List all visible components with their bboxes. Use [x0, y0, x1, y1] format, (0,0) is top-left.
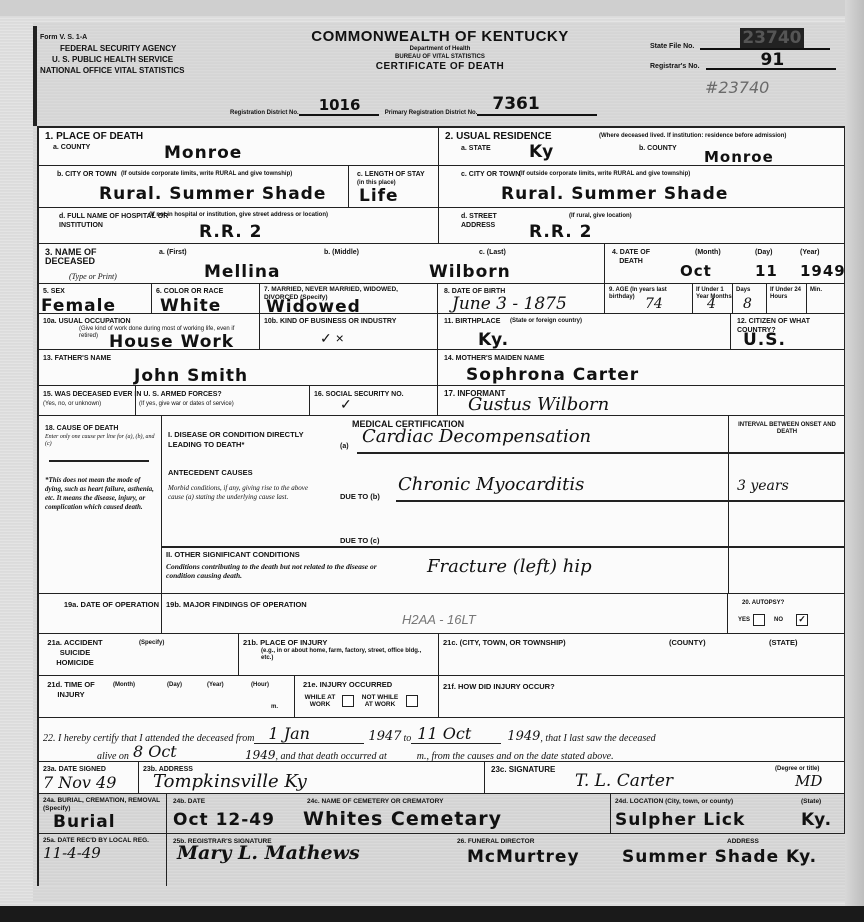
cemetery-value: Whites Cemetary: [303, 808, 502, 830]
field-label: 14. MOTHER'S MAIDEN NAME: [444, 354, 544, 363]
field-label: a. STATE: [461, 144, 491, 153]
degree-value: MD: [795, 772, 822, 790]
armed-forces: 15. WAS DECEASED EVER IN U. S. ARMED FOR…: [39, 386, 310, 416]
autopsy-yes-label: YES: [738, 617, 750, 623]
physician-signature: 23c. SIGNATURE (Degree or title) T. L. C…: [485, 762, 845, 794]
field-note: (If not in hospital or institution, give…: [149, 212, 328, 219]
agency-line-3: NATIONAL OFFICE VITAL STATISTICS: [40, 65, 184, 76]
field-value: Rural. Summer Shade: [501, 184, 728, 204]
field-value: 11: [755, 262, 778, 280]
line: [162, 546, 729, 548]
attended-from-value: 1 Jan: [254, 724, 364, 744]
cause-footnote: *This does not mean the mode of dying, s…: [45, 476, 157, 512]
medical-certification: MEDICAL CERTIFICATION I. DISEASE OR COND…: [162, 416, 729, 594]
field-label: (COUNTY): [669, 638, 706, 647]
cause-of-death-instructions: 18. CAUSE OF DEATH Enter only one cause …: [39, 416, 162, 594]
age-months: If Under 1 Year Months 4: [693, 284, 733, 314]
field-label: Days: [736, 287, 750, 294]
autopsy-yes-checkbox[interactable]: [753, 614, 765, 626]
certification-line-2: alive on 8 Oct 1949 , and that death occ…: [97, 742, 614, 762]
field-label: 21a. ACCIDENT SUICIDE HOMICIDE: [45, 638, 105, 668]
field-note: (If yes, give war or dates of service): [139, 401, 234, 408]
field-label: 24c. NAME OF CEMETERY OR CREMATORY: [307, 797, 443, 806]
divider: [49, 460, 149, 462]
field-value: White: [160, 296, 221, 314]
field-note: (If outside corporate limits, write RURA…: [121, 171, 292, 178]
injury-occurred-options: WHILE AT WORK NOT WHILE AT WORK: [301, 694, 418, 708]
state-file-value: 23740: [740, 28, 803, 48]
field-value: ✓ ×: [320, 330, 344, 347]
field-label: (State): [801, 797, 821, 806]
field-value: U.S.: [743, 330, 786, 350]
how-injury-occurred: 21f. HOW DID INJURY OCCUR?: [439, 676, 845, 718]
state-file-label: State File No.: [650, 43, 694, 50]
place-of-death-county: 1. PLACE OF DEATH a. COUNTY Monroe: [39, 128, 439, 166]
field-value: 74: [645, 296, 663, 312]
not-while-at-work-checkbox[interactable]: [406, 695, 418, 707]
field-note: Conditions contributing to the death but…: [166, 562, 396, 580]
field-note: (If outside corporate limits, write RURA…: [519, 171, 690, 178]
last-seen-alive-year: 1949: [245, 748, 276, 762]
birthplace: 11. BIRTHPLACE (State or foreign country…: [438, 314, 731, 350]
age-years: 9. AGE (In years last birthday) 74: [605, 284, 693, 314]
field-value: Widowed: [266, 297, 361, 314]
other-conditions-value: Fracture (left) hip: [427, 556, 592, 577]
field-label: 11. BIRTHPLACE: [444, 317, 500, 326]
primary-district-label: Primary Registration District No.: [385, 110, 478, 116]
field-label: 24d. LOCATION (City, town, or county): [615, 797, 733, 806]
burial-date-cemetery: 24b. DATE 24c. NAME OF CEMETERY OR CREMA…: [167, 794, 611, 834]
field-label: a. (First): [159, 248, 187, 257]
field-note: (If rural, give location): [569, 213, 632, 220]
field-label: If Under 24 Hours: [770, 287, 806, 301]
section-label: 1. PLACE OF DEATH: [45, 132, 143, 141]
field-label: ANTECEDENT CAUSES: [168, 468, 253, 477]
injury-occurred: 21e. INJURY OCCURRED WHILE AT WORK NOT W…: [295, 676, 439, 718]
usual-residence-state-county: 2. USUAL RESIDENCE (Where deceased lived…: [439, 128, 845, 166]
field-label: 10b. KIND OF BUSINESS OR INDUSTRY: [264, 317, 434, 326]
agency-header: Form V. S. 1-A FEDERAL SECURITY AGENCY U…: [40, 32, 184, 76]
name-of-deceased: 3. NAME OF DECEASED (Type or Print) a. (…: [39, 244, 605, 284]
field-label: a. COUNTY: [53, 143, 90, 152]
autopsy-options: YES NO ✓: [738, 614, 808, 626]
registrar-and-funeral: 25b. REGISTRAR'S SIGNATURE Mary L. Mathe…: [167, 834, 845, 886]
time-of-injury: 21d. TIME OF INJURY (Month) (Day) (Year)…: [39, 676, 295, 718]
certification-line-1: 22. I hereby certify that I attended the…: [43, 724, 656, 744]
age-days: Days 8: [733, 284, 767, 314]
funeral-director-value: McMurtrey: [467, 847, 580, 867]
line: [396, 500, 729, 502]
field-label: (Hour): [251, 682, 269, 689]
field-label: (Year): [207, 682, 224, 689]
field-value: Tompkinsville Ky: [153, 771, 307, 792]
field-label: 3. NAME OF DECEASED: [45, 248, 125, 266]
usual-occupation: 10a. USUAL OCCUPATION (Give kind of work…: [39, 314, 260, 350]
field-value: Burial: [53, 812, 116, 832]
bureau: BUREAU OF VITAL STATISTICS: [290, 53, 590, 61]
registration-district-value: 1016: [319, 96, 361, 114]
marital-status: 7. MARRIED, NEVER MARRIED, WIDOWED, DIVO…: [260, 284, 438, 314]
field-label: b. COUNTY: [639, 144, 677, 153]
cert-text: alive on: [97, 751, 129, 762]
cause-a-value: Cardiac Decompensation: [362, 426, 591, 447]
field-label: 5. SEX: [43, 287, 65, 296]
autopsy-no-label: NO: [774, 617, 783, 623]
field-label: 13. FATHER'S NAME: [43, 354, 111, 363]
state-title: COMMONWEALTH OF KENTUCKY: [290, 28, 590, 45]
field-label: (Month): [695, 248, 721, 257]
registration-line: Registration District No. 1016 Primary R…: [230, 100, 597, 116]
certificate-title-block: COMMONWEALTH OF KENTUCKY Department of H…: [290, 28, 590, 72]
field-value: Monroe: [164, 143, 242, 163]
physician-address: 23b. ADDRESS Tompkinsville Ky: [139, 762, 485, 794]
field-label: II. OTHER SIGNIFICANT CONDITIONS: [166, 550, 300, 559]
divider: [135, 386, 136, 416]
field-label: 20. AUTOPSY?: [742, 600, 784, 607]
cause-b-interval: 3 years: [737, 478, 789, 494]
length-of-stay: c. LENGTH OF STAY (in this place) Life: [349, 166, 439, 208]
injury-location: 21c. (CITY, TOWN, OR TOWNSHIP) (COUNTY) …: [439, 634, 845, 676]
field-label: b. CITY OR TOWN: [57, 170, 117, 179]
field-value: Sophrona Carter: [466, 365, 639, 385]
autopsy: 20. AUTOPSY? YES NO ✓: [728, 594, 845, 634]
field-label: 24b. DATE: [173, 797, 205, 806]
registrar-no-label: Registrar's No.: [650, 63, 700, 70]
registration-district-label: Registration District No.: [230, 110, 299, 116]
age-hours: If Under 24 Hours: [767, 284, 807, 314]
date-signed: 23a. DATE SIGNED 7 Nov 49: [39, 762, 139, 794]
kind-of-business: 10b. KIND OF BUSINESS OR INDUSTRY ✓ ×: [260, 314, 438, 350]
field-value: Oct: [680, 262, 712, 280]
registrar-no-value: 91: [761, 50, 785, 70]
sex: 5. SEX Female: [39, 284, 152, 314]
field-label: (Year): [800, 248, 819, 257]
agency-line-2: U. S. PUBLIC HEALTH SERVICE: [40, 54, 184, 65]
date-of-death: 4. DATE OF DEATH (Month) (Day) (Year) Oc…: [605, 244, 845, 284]
field-label: 23c. SIGNATURE: [491, 765, 555, 774]
field-label: 21e. INJURY OCCURRED: [303, 680, 392, 689]
field-label: Min.: [810, 287, 822, 294]
department: Department of Health: [290, 45, 590, 53]
field-note: (Yes, no, or unknown): [43, 401, 101, 408]
date-received: 25a. DATE REC'D BY LOCAL REG. 11-4-49: [39, 834, 167, 886]
field-note: Morbid conditions, if any, giving rise t…: [168, 484, 323, 502]
age-minutes: Min.: [807, 284, 845, 314]
interval-column: INTERVAL BETWEEN ONSET AND DEATH 3 years: [729, 416, 845, 594]
burial-type: 24a. BURIAL, CREMATION, REMOVAL (Specify…: [39, 794, 167, 834]
scan-bottom-edge: [0, 906, 864, 922]
field-value: 1949: [800, 262, 845, 280]
field-note: (Type or Print): [69, 272, 117, 281]
burial-date-value: Oct 12-49: [173, 810, 275, 830]
primary-district-value: 7361: [492, 94, 539, 114]
signature-value: T. L. Carter: [575, 771, 673, 791]
field-value: Female: [41, 296, 116, 314]
field-value: 8: [743, 296, 752, 312]
mothers-maiden-name: 14. MOTHER'S MAIDEN NAME Sophrona Carter: [438, 350, 845, 386]
field-value: Life: [359, 186, 399, 206]
autopsy-no-checkbox[interactable]: ✓: [796, 614, 808, 626]
field-label: 4. DATE OF DEATH: [611, 248, 651, 266]
field-value: 7 Nov 49: [43, 773, 116, 792]
place-of-injury: 21b. PLACE OF INJURY (e.g., in or about …: [239, 634, 439, 676]
field-value: House Work: [109, 332, 234, 350]
field-label: (Day): [167, 682, 182, 689]
scan-top-edge: [0, 0, 864, 16]
field-note: (State or foreign country): [510, 318, 582, 325]
field-label: I. DISEASE OR CONDITION DIRECTLY LEADING…: [168, 430, 338, 450]
form-left-rule: [33, 26, 37, 126]
field-value: John Smith: [134, 366, 248, 386]
file-numbers: State File No. 23740 Registrar's No. 91: [650, 30, 836, 70]
field-note: (e.g., in or about home, farm, factory, …: [261, 648, 431, 662]
field-value: Monroe: [704, 148, 774, 166]
first-name-value: Mellina: [204, 262, 281, 282]
field-label: 21b. PLACE OF INJURY: [243, 638, 327, 647]
document-scan: Form V. S. 1-A FEDERAL SECURITY AGENCY U…: [0, 0, 864, 922]
field-value: ✓: [340, 396, 352, 413]
field-label: c. CITY OR TOWN: [461, 170, 520, 179]
field-label: 21f. HOW DID INJURY OCCUR?: [443, 682, 555, 691]
agency-line-1: FEDERAL SECURITY AGENCY: [40, 43, 184, 54]
fathers-name: 13. FATHER'S NAME John Smith: [39, 350, 438, 386]
field-label: 6. COLOR OR RACE: [156, 287, 223, 296]
field-label: 19a. DATE OF OPERATION: [53, 600, 159, 609]
field-label: b. (Middle): [324, 248, 359, 257]
last-seen-alive-value: 8 Oct: [129, 742, 239, 762]
field-label: 26. FUNERAL DIRECTOR: [457, 837, 534, 846]
line: [729, 500, 845, 502]
field-label: (STATE): [769, 638, 797, 647]
field-label: INTERVAL BETWEEN ONSET AND DEATH: [735, 422, 839, 436]
field-label: (Month): [113, 682, 135, 689]
field-label: m.: [271, 704, 278, 711]
scan-right-edge: [845, 0, 864, 922]
cert-text: , and that death occurred at: [275, 751, 386, 762]
field-label: (a): [340, 442, 349, 451]
field-value: Gustus Wilborn: [468, 394, 609, 415]
field-note: Enter only one cause per line for (a), (…: [45, 434, 155, 448]
field-label: ADDRESS: [727, 837, 759, 846]
line: [357, 452, 729, 454]
field-label: DUE TO (b): [340, 492, 380, 501]
not-while-at-work-label: NOT WHILE AT WORK: [357, 694, 403, 708]
field-label: 21d. TIME OF INJURY: [45, 680, 97, 700]
usual-residence-city: c. CITY OR TOWN (If outside corporate li…: [439, 166, 845, 208]
attended-to-value: 11 Oct: [411, 724, 501, 744]
field-label: d. STREET ADDRESS: [461, 212, 511, 230]
place-of-death-city: b. CITY OR TOWN (If outside corporate li…: [39, 166, 349, 208]
color-or-race: 6. COLOR OR RACE White: [152, 284, 260, 314]
field-note: (Specify): [139, 640, 164, 647]
field-label: 19b. MAJOR FINDINGS OF OPERATION: [166, 600, 307, 609]
form-number: Form V. S. 1-A: [40, 32, 184, 43]
field-value: June 3 - 1875: [452, 294, 567, 314]
while-at-work-label: WHILE AT WORK: [301, 694, 339, 708]
pencil-annotation: #23740: [705, 78, 769, 97]
section-label: 2. USUAL RESIDENCE: [445, 132, 552, 141]
field-value: R.R. 2: [529, 222, 592, 242]
field-value: Ky: [529, 142, 554, 162]
cause-b-value: Chronic Myocarditis: [398, 474, 584, 495]
while-at-work-checkbox[interactable]: [342, 695, 354, 707]
field-value: Rural. Summer Shade: [99, 184, 326, 204]
state-value: Ky.: [801, 810, 832, 830]
certificate-form: 1. PLACE OF DEATH a. COUNTY Monroe 2. US…: [37, 126, 845, 886]
field-label: 24a. BURIAL, CREMATION, REMOVAL (Specify…: [43, 797, 167, 813]
burial-location: 24d. LOCATION (City, town, or county) (S…: [611, 794, 845, 834]
location-value: Sulpher Lick: [615, 810, 745, 830]
operation-findings: 19b. MAJOR FINDINGS OF OPERATION H2AA - …: [162, 594, 728, 634]
social-security-no: 16. SOCIAL SECURITY NO. ✓: [310, 386, 438, 416]
accident-suicide-homicide: 21a. ACCIDENT SUICIDE HOMICIDE (Specify): [39, 634, 239, 676]
line: [729, 452, 845, 454]
surname-value: Wilborn: [429, 262, 511, 282]
field-value: R.R. 2: [199, 222, 262, 242]
hospital-or-institution: d. FULL NAME OF HOSPITAL OR INSTITUTION …: [39, 208, 439, 244]
certificate-title: CERTIFICATE OF DEATH: [290, 61, 590, 72]
usual-residence-street: d. STREET ADDRESS (If rural, give locati…: [439, 208, 845, 244]
field-value: 4: [707, 296, 716, 312]
citizenship: 12. CITIZEN OF WHAT COUNTRY? U.S.: [731, 314, 845, 350]
field-label: c. (Last): [479, 248, 506, 257]
line: [729, 546, 845, 548]
field-label: 21c. (CITY, TOWN, OR TOWNSHIP): [443, 638, 566, 647]
field-value: H2AA - 16LT: [402, 612, 476, 627]
field-note: (Where deceased lived. If institution: r…: [599, 133, 786, 140]
physician-certification-statement: 22. I hereby certify that I attended the…: [39, 718, 845, 762]
funeral-address-value: Summer Shade Ky.: [622, 847, 817, 867]
field-label: c. LENGTH OF STAY: [357, 170, 425, 179]
cert-text: m., from the causes and on the date stat…: [417, 751, 614, 762]
field-value: 11-4-49: [43, 844, 101, 862]
field-label: 15. WAS DECEASED EVER IN U. S. ARMED FOR…: [43, 390, 222, 399]
date-of-operation: 19a. DATE OF OPERATION: [39, 594, 162, 634]
field-value: Ky.: [478, 330, 509, 350]
informant: 17. INFORMANT Gustus Wilborn: [438, 386, 845, 416]
field-label: 16. SOCIAL SECURITY NO.: [314, 390, 434, 399]
field-label: (Day): [755, 248, 773, 257]
field-label: 18. CAUSE OF DEATH: [45, 424, 118, 433]
field-label: 10a. USUAL OCCUPATION: [43, 317, 131, 326]
field-label: DUE TO (c): [340, 536, 379, 545]
registrar-signature-value: Mary L. Mathews: [177, 842, 360, 864]
date-of-birth: 8. DATE OF BIRTH June 3 - 1875: [438, 284, 605, 314]
